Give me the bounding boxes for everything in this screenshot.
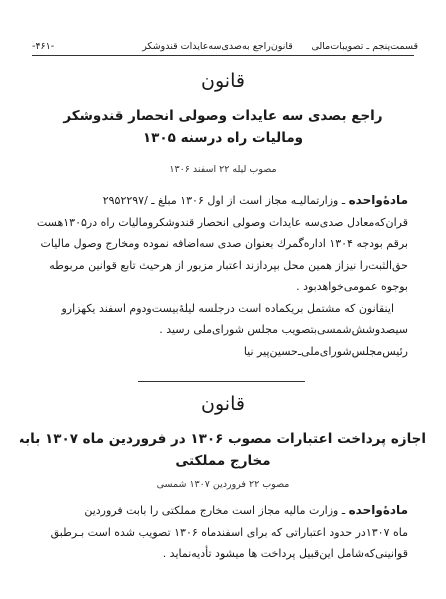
running-head-title: قانون‌راجع به‌صدی‌سه‌عایدات قندوشکر [142,41,293,52]
law1-label: قانون [0,70,446,92]
section-separator [138,381,305,382]
law1-title-line1: راجع بصدی سه عایدات وصولی انحصار قندوشکر [20,105,426,127]
law1-article-line1: مادۀواحده ـ وزارتمالیـه مجاز است از اول … [34,190,408,212]
law1-article-line3: برقم بودجه ۱۳۰۴ اداره‌گمرك بعنوان صدی سه… [34,233,408,255]
law2-article: مادۀواحده ـ وزارت مالیه مجاز است مخارج م… [34,500,408,565]
law2-title-line2: مخارج مملکتی [20,450,426,472]
law2-title: اجازه پرداخت اعتبارات مصوب ۱۳۰۶ در فرورد… [20,428,426,472]
law2-article-line2: ماه ۱۳۰۷در حدود اعتباراتی که برای اسفندم… [34,522,408,544]
law2-article-heading: مادۀواحده [349,503,408,517]
law1-article-line2: قران‌که‌معادل صدی‌سه عایدات وصولی انحصار… [34,212,408,234]
law1-approval-date: مصوب لیله ۲۲ اسفند ۱۳۰۶ [0,164,446,175]
running-head: قسمت‌پنجم ـ تصویبات‌مالی قانون‌راجع به‌ص… [32,38,418,54]
document-page: قسمت‌پنجم ـ تصویبات‌مالی قانون‌راجع به‌ص… [0,0,446,599]
law2-approval-date: مصوب ۲۲ فروردین ۱۳۰۷ شمسی [0,479,446,490]
page-number: -۴۶۱- [32,41,54,52]
header-rule [32,55,414,56]
law1-signature: رئیس‌مجلس‌شورای‌ملی‌ـ‌حسین‌پیر نیا [34,341,408,363]
law2-title-line1: اجازه پرداخت اعتبارات مصوب ۱۳۰۶ در فرورد… [20,428,426,450]
law1-article: مادۀواحده ـ وزارتمالیـه مجاز است از اول … [34,190,408,362]
law1-title-line2: وماليات راه درسنه ۱۳۰۵ [20,127,426,149]
law1-passage-line1: اینقانون که مشتمل بریکماده است درجلسه لی… [34,298,408,320]
law2-label: قانون [0,393,446,415]
law1-article-heading: مادۀواحده [349,193,408,207]
running-head-section: قسمت‌پنجم ـ تصویبات‌مالی [311,41,418,52]
law2-article-line1: مادۀواحده ـ وزارت مالیه مجاز است مخارج م… [34,500,408,522]
law1-article-line5: بوجوه عمومی‌خواهدبود . [34,276,408,298]
law1-title: راجع بصدی سه عایدات وصولی انحصار قندوشکر… [20,105,426,149]
law1-passage-line2: سیصدوشش‌شمسی‌بتصویب مجلس شورای‌ملی رسید … [34,319,408,341]
law2-article-line3: قوانینی‌که‌شامل این‌قبیل پرداخت ها میشود… [34,543,408,565]
law1-article-line4: حق‌الثبت‌را نیزاز همین محل بپردازند اعتب… [34,255,408,277]
